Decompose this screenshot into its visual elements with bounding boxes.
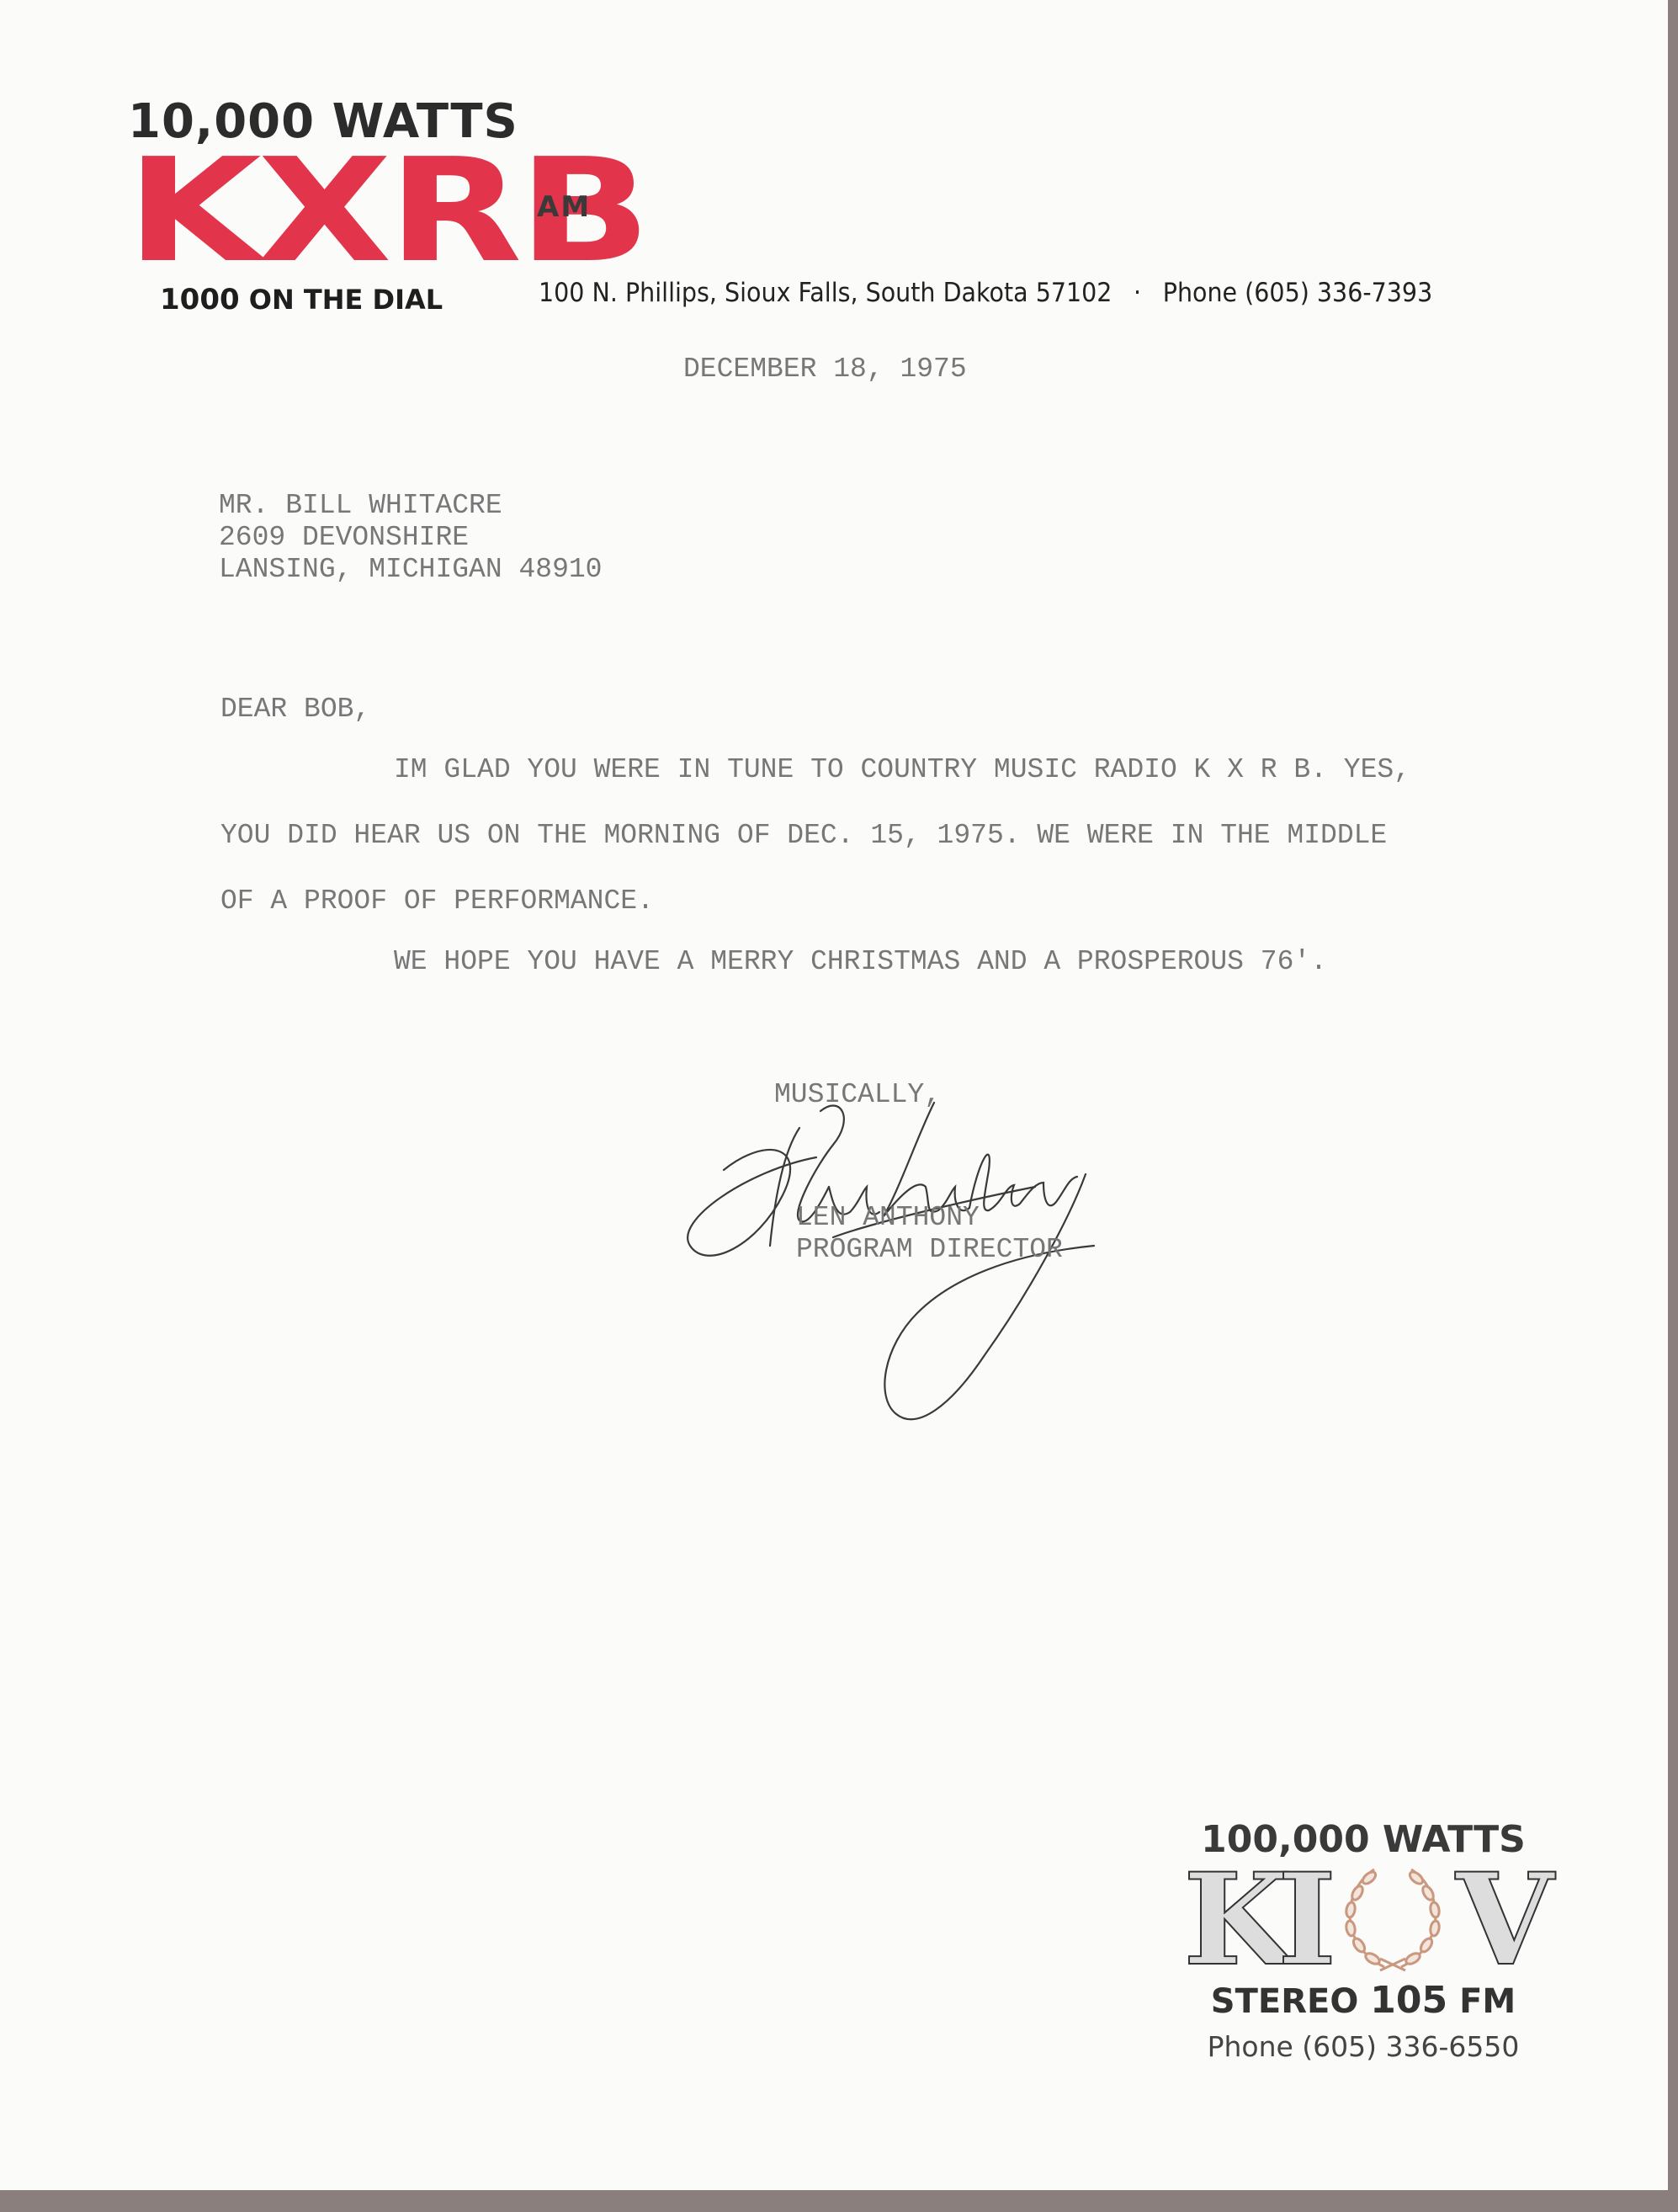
kiov-station-logo: 100,000 WATTS K I bbox=[1178, 1818, 1548, 2063]
body-line: WE HOPE YOU HAVE A MERRY CHRISTMAS AND A… bbox=[394, 946, 1327, 977]
kiov-wordmark: K I bbox=[1178, 1861, 1548, 1979]
kiov-letter-k: K bbox=[1183, 1846, 1293, 1994]
dial-text: ON THE DIAL bbox=[249, 284, 443, 316]
recipient-street: 2609 DEVONSHIRE bbox=[219, 522, 469, 554]
station-phone: Phone (605) 336-7393 bbox=[1163, 278, 1432, 308]
recipient-name: MR. BILL WHITACRE bbox=[219, 490, 502, 522]
separator-dot: · bbox=[1134, 278, 1141, 308]
dial-position: 1000 ON THE DIAL bbox=[160, 283, 443, 316]
body-line: YOU DID HEAR US ON THE MORNING OF DEC. 1… bbox=[220, 820, 1387, 851]
signer-block: LEN ANTHONY PROGRAM DIRECTOR bbox=[796, 1202, 1063, 1266]
station-address: 100 N. Phillips, Sioux Falls, South Dako… bbox=[539, 278, 1112, 308]
laurel-wreath-icon bbox=[1334, 1864, 1452, 1974]
kiov-letter-i: I bbox=[1277, 1846, 1336, 1994]
kiov-phone: Phone (605) 336-6550 bbox=[1178, 2030, 1548, 2063]
kiov-letter-v: V bbox=[1456, 1846, 1553, 1994]
signer-title: PROGRAM DIRECTOR bbox=[796, 1234, 1063, 1266]
recipient-city: LANSING, MICHIGAN 48910 bbox=[219, 554, 602, 586]
frequency-number: 105 bbox=[1370, 1979, 1447, 2022]
station-band: AM bbox=[537, 190, 591, 224]
body-line: IM GLAD YOU WERE IN TUNE TO COUNTRY MUSI… bbox=[394, 754, 1410, 785]
station-contact: 100 N. Phillips, Sioux Falls, South Dako… bbox=[539, 278, 1432, 308]
letter-date: DECEMBER 18, 1975 bbox=[683, 354, 967, 385]
signer-name: LEN ANTHONY bbox=[796, 1202, 1063, 1234]
body-line: OF A PROOF OF PERFORMANCE. bbox=[220, 885, 654, 917]
letter-page: 10,000 WATTS KXRB AM 1000 ON THE DIAL 10… bbox=[0, 0, 1668, 2190]
letter-greeting: DEAR BOB, bbox=[220, 694, 370, 725]
dial-number: 1000 bbox=[160, 283, 240, 316]
